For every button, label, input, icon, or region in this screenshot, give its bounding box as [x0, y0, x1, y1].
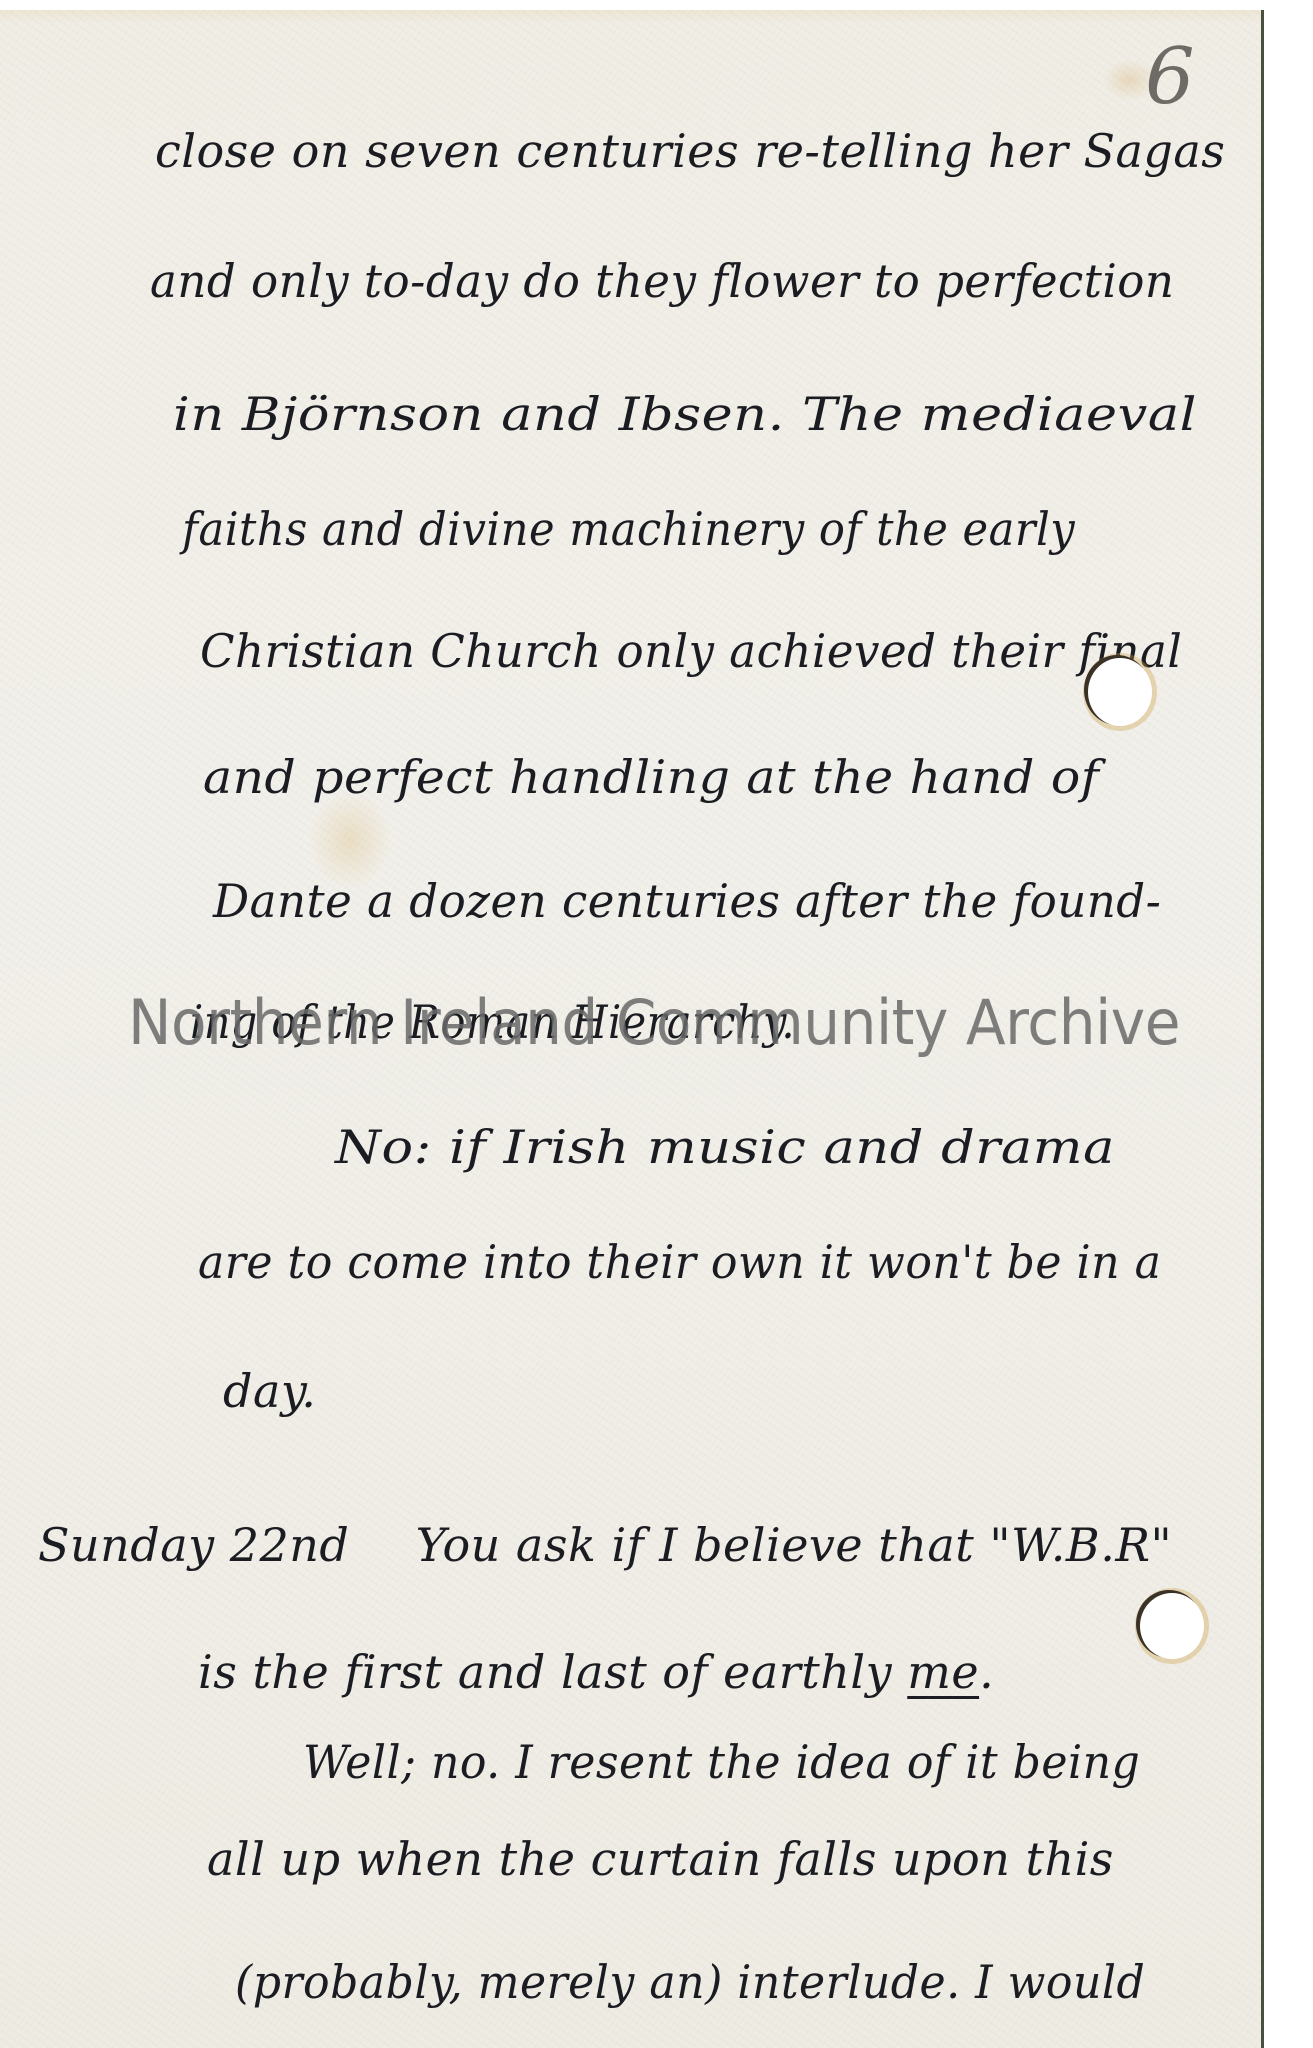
handwritten-line-16: (probably, merely an) interlude. I would [235, 1959, 1145, 2005]
handwritten-line-12: Sunday 22nd You ask if I believe that "W… [38, 1522, 1172, 1568]
handwritten-line-10: are to come into their own it won't be i… [198, 1239, 1161, 1285]
punch-hole-upper [1088, 658, 1152, 726]
handwritten-line-2: and only to-day do they flower to perfec… [150, 258, 1174, 304]
underlined-word: me [907, 1645, 979, 1699]
handwritten-line-9: No: if Irish music and drama [335, 1124, 1115, 1170]
punch-hole-lower [1140, 1593, 1204, 1659]
page-number: 6 [1145, 38, 1195, 116]
handwritten-line-3: in Björnson and Ibsen. The mediaeval [173, 391, 1197, 437]
handwritten-line-15: all up when the curtain falls upon this [207, 1836, 1114, 1882]
line-text: is the first and last of earthly [198, 1645, 892, 1699]
handwritten-line-11: day. [223, 1368, 316, 1414]
diary-date: Sunday 22nd [38, 1518, 349, 1572]
handwritten-line-14: Well; no. I resent the idea of it being [303, 1739, 1140, 1785]
line-punctuation: . [979, 1645, 994, 1699]
archive-watermark: Northern Ireland Community Archive [128, 992, 1180, 1054]
handwritten-line-13: is the first and last of earthly me. [198, 1649, 994, 1695]
handwritten-line-7: Dante a dozen centuries after the found- [213, 878, 1161, 924]
handwritten-line-5: Christian Church only achieved their fin… [200, 628, 1182, 674]
letter-page: 6 close on seven centuries re-telling he… [0, 10, 1264, 2048]
handwritten-line-6: and perfect handling at the hand of [203, 754, 1099, 800]
handwritten-line-1: close on seven centuries re-telling her … [155, 128, 1225, 174]
line-text: You ask if I believe that "W.B.R" [416, 1518, 1173, 1572]
handwritten-line-4: faiths and divine machinery of the early [182, 506, 1075, 552]
